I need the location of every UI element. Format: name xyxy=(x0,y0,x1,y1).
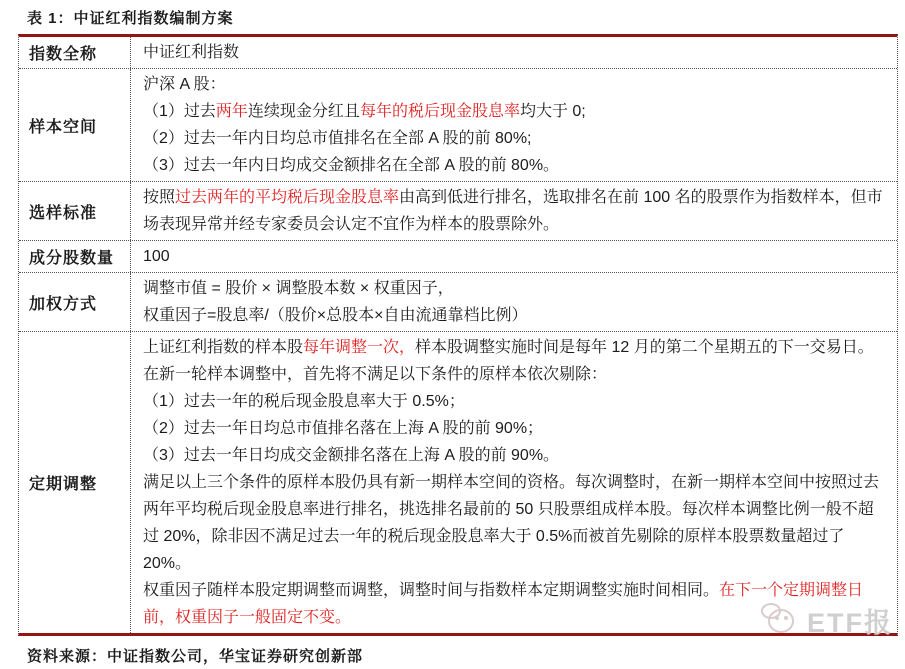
row-label-constituent-count: 成分股数量 xyxy=(19,241,131,272)
table-row-periodic-adjustment: 定期调整 上证红利指数的样本股每年调整一次，样本股调整实施时间是每年 12 月的… xyxy=(19,332,897,633)
index-compilation-table: 指数全称 中证红利指数 样本空间 沪深 A 股：（1）过去两年连续现金分红且每年… xyxy=(18,34,898,636)
table-row-selection-criteria: 选样标准 按照过去两年的平均税后现金股息率由高到低进行排名，选取排名在前 100… xyxy=(19,182,897,241)
row-content-weighting-method: 调整市值 = 股价 × 调整股本数 × 权重因子，权重因子=股息率/（股价×总股… xyxy=(131,273,897,331)
row-content-selection-criteria: 按照过去两年的平均税后现金股息率由高到低进行排名，选取排名在前 100 名的股票… xyxy=(131,182,897,240)
source-note: 资料来源：中证指数公司，华宝证券研究创新部 xyxy=(0,636,905,666)
row-content-sample-space: 沪深 A 股：（1）过去两年连续现金分红且每年的税后现金股息率均大于 0;（2）… xyxy=(131,69,897,181)
row-label-selection-criteria: 选样标准 xyxy=(19,182,131,240)
table-row-constituent-count: 成分股数量 100 xyxy=(19,241,897,273)
page: 表 1：中证红利指数编制方案 指数全称 中证红利指数 样本空间 沪深 A 股：（… xyxy=(0,0,905,669)
row-label-periodic-adjustment: 定期调整 xyxy=(19,332,131,633)
row-label-weighting-method: 加权方式 xyxy=(19,273,131,331)
row-content-index-name: 中证红利指数 xyxy=(131,37,897,68)
row-content-constituent-count: 100 xyxy=(131,241,897,272)
table-row-index-name: 指数全称 中证红利指数 xyxy=(19,37,897,69)
row-label-index-name: 指数全称 xyxy=(19,37,131,68)
row-content-periodic-adjustment: 上证红利指数的样本股每年调整一次，样本股调整实施时间是每年 12 月的第二个星期… xyxy=(131,332,897,633)
table-row-weighting-method: 加权方式 调整市值 = 股价 × 调整股本数 × 权重因子，权重因子=股息率/（… xyxy=(19,273,897,332)
table-title: 表 1：中证红利指数编制方案 xyxy=(0,0,905,34)
row-label-sample-space: 样本空间 xyxy=(19,69,131,181)
table-row-sample-space: 样本空间 沪深 A 股：（1）过去两年连续现金分红且每年的税后现金股息率均大于 … xyxy=(19,69,897,182)
